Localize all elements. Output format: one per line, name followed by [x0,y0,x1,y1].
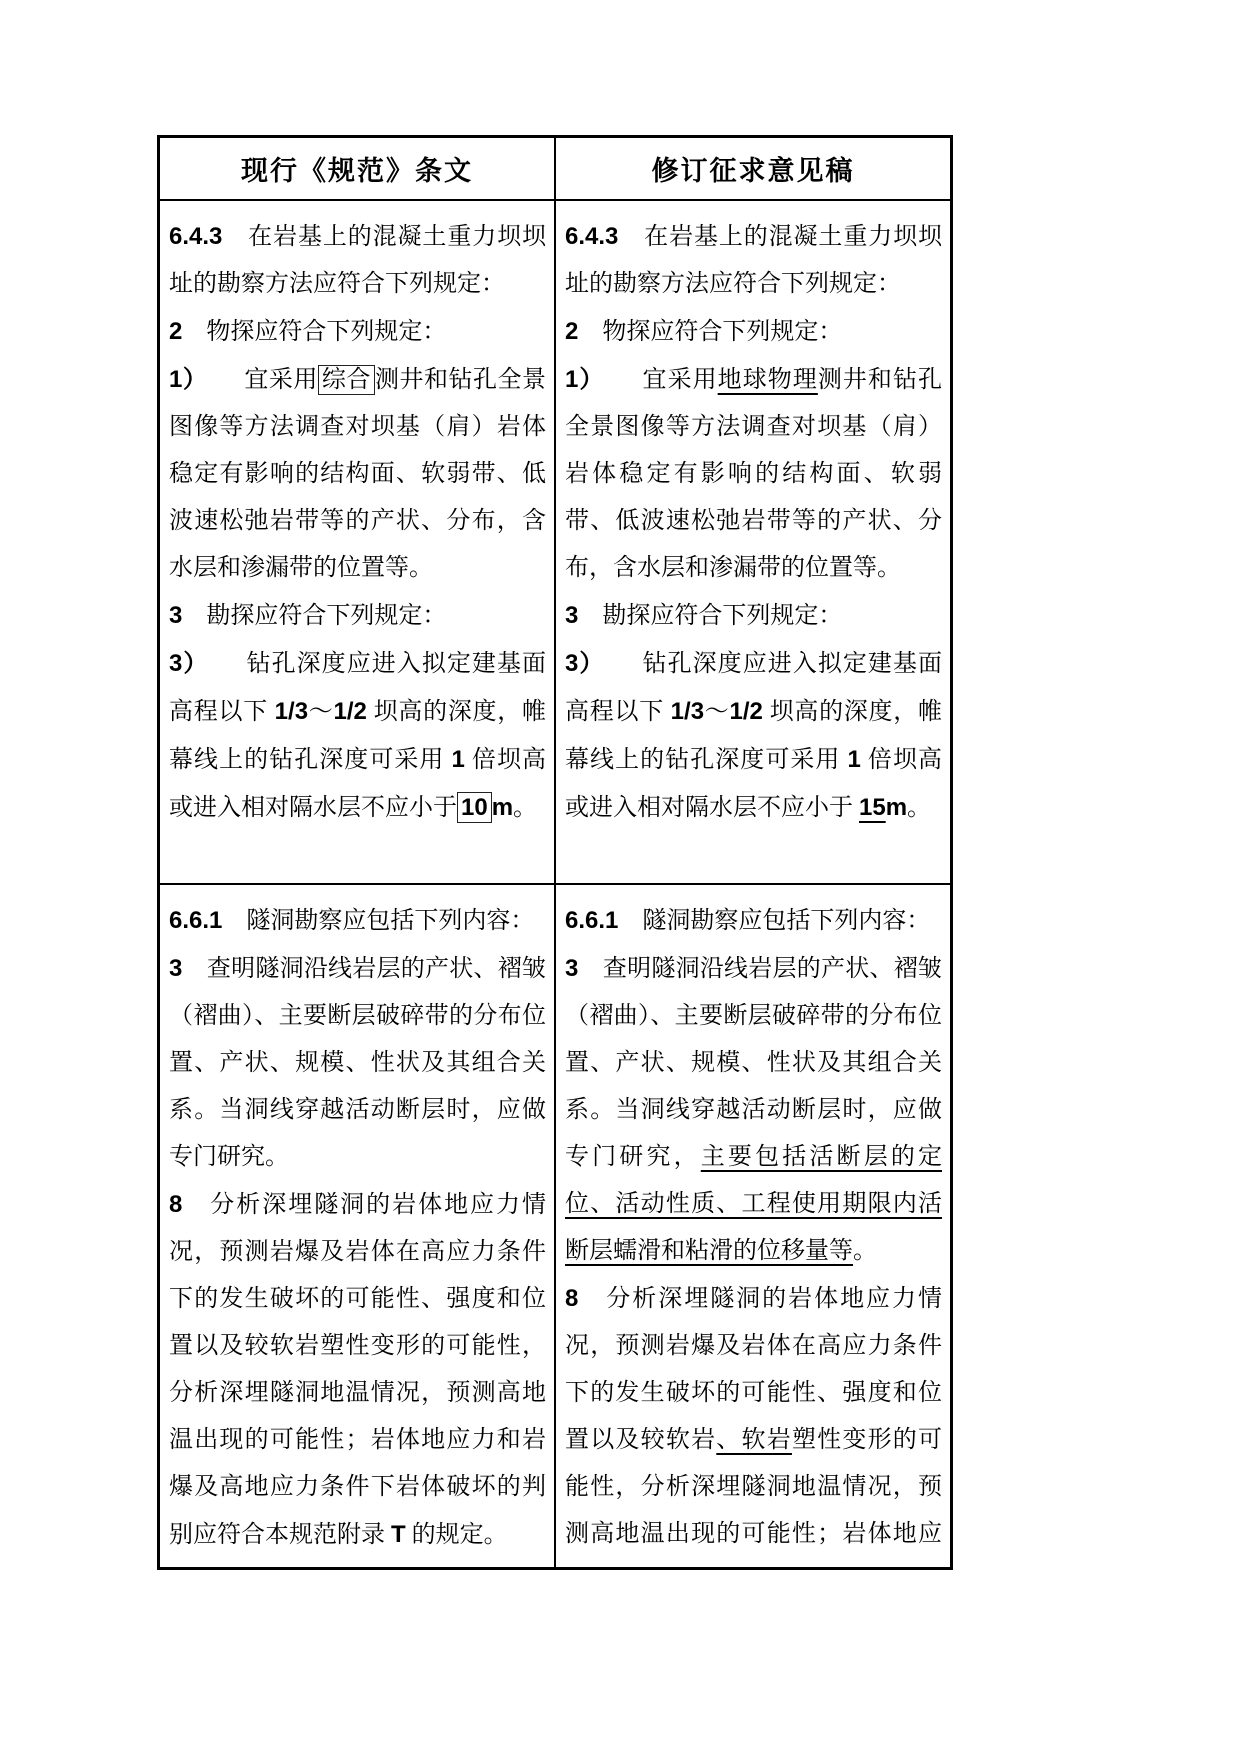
text-run: 。 [907,795,931,821]
text-run: 的规定。 [406,1522,508,1548]
text-run: 1 [452,746,465,773]
text-run: 3） [565,650,592,677]
text-run: 8 [169,1191,182,1218]
text-run: 、软岩 [716,1427,792,1453]
header-current-spec: 现行《规范》条文 [159,137,556,200]
paragraph: 3 查明隧洞沿线岩层的产状、褶皱（褶曲）、主要断层破碎带的分布位置、产状、规模、… [169,945,546,1181]
text-run: 2 [565,318,578,345]
text-run: 宜采用 [592,367,717,393]
paragraph: 3 勘探应符合下列规定： [169,592,546,640]
text-run: 1） [169,366,195,393]
text-run: 3） [169,650,196,677]
text-run: 1/3 [275,698,308,725]
cell-6-6-1-revision: 6.6.1 隧洞勘察应包括下列内容：3 查明隧洞沿线岩层的产状、褶皱（褶曲）、主… [555,884,952,1569]
paragraph: 6.6.1 隧洞勘察应包括下列内容： [169,897,546,945]
document-page: 现行《规范》条文 修订征求意见稿 6.4.3 在岩基上的混凝土重力坝坝址的勘察方… [0,0,1240,1753]
text-run: 1/3 [671,698,704,725]
text-run: 6.6.1 [169,907,222,934]
text-run: 宜采用 [195,367,318,393]
text-run: 隧洞勘察应包括下列内容： [222,908,534,934]
table-row-6-4-3: 6.4.3 在岩基上的混凝土重力坝坝址的勘察方法应符合下列规定：2 物探应符合下… [159,200,952,884]
paragraph: 3） 钻孔深度应进入拟定建基面高程以下 1/3～1/2 坝高的深度，帷幕线上的钻… [169,640,546,832]
text-run: 3 [565,955,578,982]
text-run: 3 [169,602,182,629]
cell-text-6-6-1-revision: 6.6.1 隧洞勘察应包括下列内容：3 查明隧洞沿线岩层的产状、褶皱（褶曲）、主… [565,897,942,1559]
text-run: 勘探应符合下列规定： [578,603,842,629]
text-run: 查明隧洞沿线岩层的产状、褶皱（褶曲）、主要断层破碎带的分布位置、产状、规模、性状… [169,956,546,1170]
paragraph: 3 勘探应符合下列规定： [565,592,942,640]
cell-text-6-4-3-revision: 6.4.3 在岩基上的混凝土重力坝坝址的勘察方法应符合下列规定：2 物探应符合下… [565,213,942,875]
text-run: 1 [848,746,861,773]
text-run: 物探应符合下列规定： [182,319,446,345]
paragraph: 8 分析深埋隧洞的岩体地应力情况，预测岩爆及岩体在高应力条件下的发生破坏的可能性… [169,1181,546,1559]
table-header-row: 现行《规范》条文 修订征求意见稿 [159,137,952,200]
text-run: 分析深埋隧洞的岩体地应力情况，预测岩爆及岩体在高应力条件下的发生破坏的可能性、强… [169,1192,546,1548]
text-run: 1/2 [730,698,763,725]
paragraph: 6.4.3 在岩基上的混凝土重力坝坝址的勘察方法应符合下列规定： [565,213,942,308]
text-run: 测井和钻孔全景图像等方法调查对坝基（肩）岩体稳定有影响的结构面、软弱带、低波速松… [169,367,546,581]
text-run: 3 [169,955,182,982]
text-run: 在岩基上的混凝土重力坝坝址的勘察方法应符合下列规定： [565,224,942,297]
text-run: 3 [565,602,578,629]
text-run: 地球物理 [718,367,818,393]
paragraph: 6.6.1 隧洞勘察应包括下列内容： [565,897,942,945]
text-run: 。 [513,795,537,821]
text-run: ～ [704,699,729,725]
paragraph: 8 分析深埋隧洞的岩体地应力情况，预测岩爆及岩体在高应力条件下的发生破坏的可能性… [565,1275,942,1559]
text-run: m [886,794,907,821]
text-run: 查明隧洞沿线岩层的产状、褶皱（褶曲）、主要断层破碎带的分布位置、产状、规模、性状… [565,956,942,1170]
text-run: m [492,794,513,821]
text-run: T [391,1521,406,1548]
text-run: 6.4.3 [565,223,618,250]
text-run: 6.6.1 [565,907,618,934]
comparison-table: 现行《规范》条文 修订征求意见稿 6.4.3 在岩基上的混凝土重力坝坝址的勘察方… [157,135,953,1570]
text-run: 1/2 [334,698,367,725]
paragraph: 3 查明隧洞沿线岩层的产状、褶皱（褶曲）、主要断层破碎带的分布位置、产状、规模、… [565,945,942,1275]
paragraph: 3） 钻孔深度应进入拟定建基面高程以下 1/3～1/2 坝高的深度，帷幕线上的钻… [565,640,942,832]
text-run: 6.4.3 [169,223,222,250]
paragraph: 6.4.3 在岩基上的混凝土重力坝坝址的勘察方法应符合下列规定： [169,213,546,308]
text-run: 2 [169,318,182,345]
text-run: 测井和钻孔全景图像等方法调查对坝基（肩）岩体稳定有影响的结构面、软弱带、低波速松… [565,367,942,581]
text-run: 1） [565,366,592,393]
cell-6-4-3-revision: 6.4.3 在岩基上的混凝土重力坝坝址的勘察方法应符合下列规定：2 物探应符合下… [555,200,952,884]
text-run: 8 [565,1285,578,1312]
table-row-6-6-1: 6.6.1 隧洞勘察应包括下列内容：3 查明隧洞沿线岩层的产状、褶皱（褶曲）、主… [159,884,952,1569]
text-run: 。 [853,1238,877,1264]
text-run: 物探应符合下列规定： [578,319,842,345]
cell-6-6-1-current: 6.6.1 隧洞勘察应包括下列内容：3 查明隧洞沿线岩层的产状、褶皱（褶曲）、主… [159,884,556,1569]
header-revision-draft: 修订征求意见稿 [555,137,952,200]
paragraph: 2 物探应符合下列规定： [565,308,942,356]
text-run: 10 [457,792,492,823]
text-run: 勘探应符合下列规定： [182,603,446,629]
text-run: 15 [859,794,886,821]
cell-text-6-4-3-current: 6.4.3 在岩基上的混凝土重力坝坝址的勘察方法应符合下列规定：2 物探应符合下… [169,213,546,875]
paragraph: 2 物探应符合下列规定： [169,308,546,356]
text-run: ～ [308,699,333,725]
cell-text-6-6-1-current: 6.6.1 隧洞勘察应包括下列内容：3 查明隧洞沿线岩层的产状、褶皱（褶曲）、主… [169,897,546,1559]
text-run: 隧洞勘察应包括下列内容： [618,908,930,934]
text-run: 在岩基上的混凝土重力坝坝址的勘察方法应符合下列规定： [169,224,546,297]
paragraph: 1） 宜采用地球物理测井和钻孔全景图像等方法调查对坝基（肩）岩体稳定有影响的结构… [565,356,942,592]
cell-6-4-3-current: 6.4.3 在岩基上的混凝土重力坝坝址的勘察方法应符合下列规定：2 物探应符合下… [159,200,556,884]
paragraph: 1） 宜采用综合测井和钻孔全景图像等方法调查对坝基（肩）岩体稳定有影响的结构面、… [169,356,546,592]
text-run: 综合 [318,365,375,395]
